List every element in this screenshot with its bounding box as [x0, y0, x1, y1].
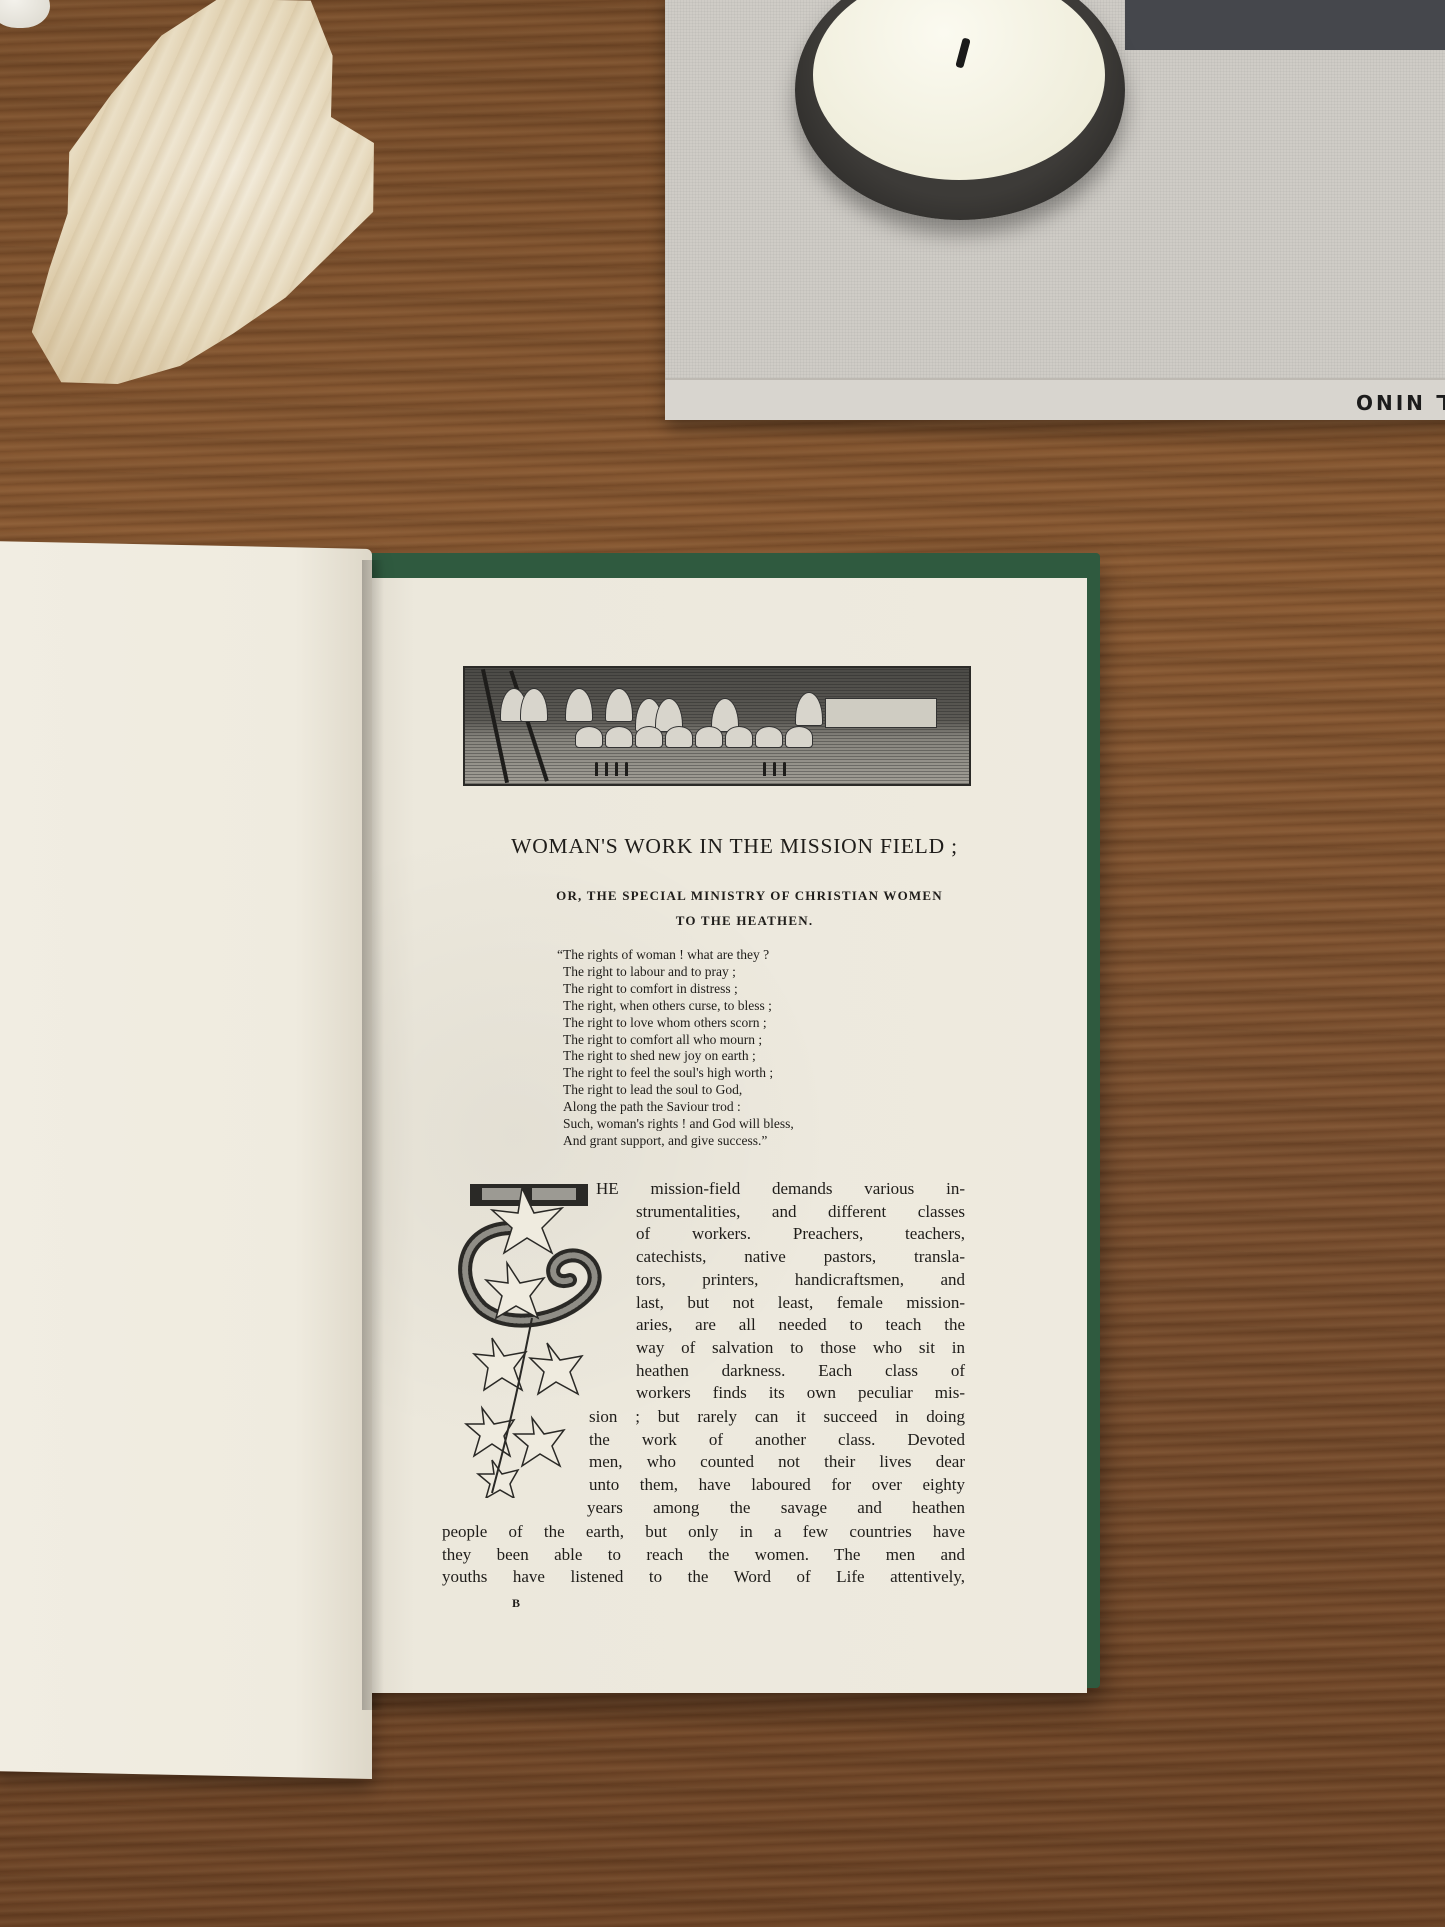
hut-icon	[725, 726, 753, 748]
body-line: they been able to reach the women. The m…	[442, 1544, 965, 1567]
clam-shell	[0, 0, 437, 400]
body-line: way of salvation to those who sit in	[636, 1337, 965, 1360]
tree-icon	[481, 669, 509, 783]
body-line: unto them, have laboured for over eighty	[589, 1474, 965, 1497]
poem-line: And grant support, and give success.”	[557, 1133, 794, 1150]
body-line: sion ; but rarely can it succeed in doin…	[589, 1406, 965, 1429]
body-line: people of the earth, but only in a few c…	[442, 1521, 965, 1544]
signature-mark: B	[512, 1596, 520, 1611]
book-dark-band	[1125, 0, 1445, 50]
hut-icon	[665, 726, 693, 748]
body-line: men, who counted not their lives dear	[589, 1451, 965, 1474]
person-icon	[595, 762, 598, 776]
poem-line: The right to lead the soul to God,	[557, 1082, 794, 1099]
coral-piece	[0, 0, 50, 28]
body-line: tors, printers, handicraftsmen, and	[636, 1269, 965, 1292]
hut-icon	[565, 688, 593, 722]
body-paragraph-full: people of the earth, but only in a few c…	[442, 1521, 965, 1589]
person-icon	[773, 762, 776, 776]
poem-line: The right to labour and to pray ;	[557, 964, 794, 981]
body-line: of workers. Preachers, teachers,	[636, 1223, 965, 1246]
chapter-subtitle-line1: OR, THE SPECIAL MINISTRY OF CHRISTIAN WO…	[372, 888, 1087, 904]
candle-wick	[955, 37, 970, 68]
body-line: heathen darkness. Each class of	[636, 1360, 965, 1383]
right-page: WOMAN'S WORK IN THE MISSION FIELD ; OR, …	[372, 578, 1087, 1693]
body-line: the work of another class. Devoted	[589, 1429, 965, 1452]
hut-icon	[695, 726, 723, 748]
mission-house-icon	[825, 698, 937, 728]
body-line: years among the savage and heathen	[587, 1497, 965, 1520]
ornamental-drop-cap-ivy-icon	[452, 1168, 612, 1498]
person-icon	[625, 762, 628, 776]
poem-line: The right to comfort in distress ;	[557, 981, 794, 998]
hut-icon	[785, 726, 813, 748]
hut-icon	[795, 692, 823, 726]
body-paragraph-narrow: HE mission-field demands various in- str…	[636, 1178, 965, 1405]
hut-icon	[635, 726, 663, 748]
person-icon	[605, 762, 608, 776]
hut-icon	[575, 726, 603, 748]
hut-icon	[520, 688, 548, 722]
spine-title: EL NINO	[1353, 390, 1445, 414]
body-line: last, but not least, female mission-	[636, 1292, 965, 1315]
tree-icon	[509, 670, 549, 782]
poem-line: Along the path the Saviour trod :	[557, 1099, 794, 1116]
epigraph-poem: “The rights of woman ! what are they ? T…	[557, 947, 794, 1150]
body-line: aries, are all needed to teach the	[636, 1314, 965, 1337]
poem-line: The right to love whom others scorn ;	[557, 1015, 794, 1032]
left-blank-page	[0, 541, 372, 1779]
poem-line: The right to feel the soul's high worth …	[557, 1065, 794, 1082]
poem-line: The right, when others curse, to bless ;	[557, 998, 794, 1015]
chapter-title: WOMAN'S WORK IN THE MISSION FIELD ;	[372, 834, 1087, 859]
chapter-subtitle-line2: TO THE HEATHEN.	[372, 913, 1087, 929]
person-icon	[763, 762, 766, 776]
poem-line: The right to comfort all who mourn ;	[557, 1032, 794, 1049]
village-engraving	[463, 666, 971, 786]
person-icon	[783, 762, 786, 776]
body-line: strumentalities, and different classes	[636, 1201, 965, 1224]
book-spine: EL NINO	[665, 378, 1445, 420]
body-line: youths have listened to the Word of Life…	[442, 1566, 965, 1589]
body-line: workers finds its own peculiar mis-	[636, 1382, 965, 1405]
hut-icon	[755, 726, 783, 748]
candle-wax	[813, 0, 1105, 180]
poem-line: Such, woman's rights ! and God will bles…	[557, 1116, 794, 1133]
body-paragraph-mid: sion ; but rarely can it succeed in doin…	[589, 1406, 965, 1520]
book-gutter-shadow	[362, 560, 384, 1710]
body-line: HE mission-field demands various in-	[596, 1178, 965, 1201]
hut-icon	[605, 726, 633, 748]
person-icon	[615, 762, 618, 776]
body-line: catechists, native pastors, transla-	[636, 1246, 965, 1269]
poem-line: The right to shed new joy on earth ;	[557, 1048, 794, 1065]
hut-icon	[605, 688, 633, 722]
poem-line: “The rights of woman ! what are they ?	[557, 947, 794, 964]
